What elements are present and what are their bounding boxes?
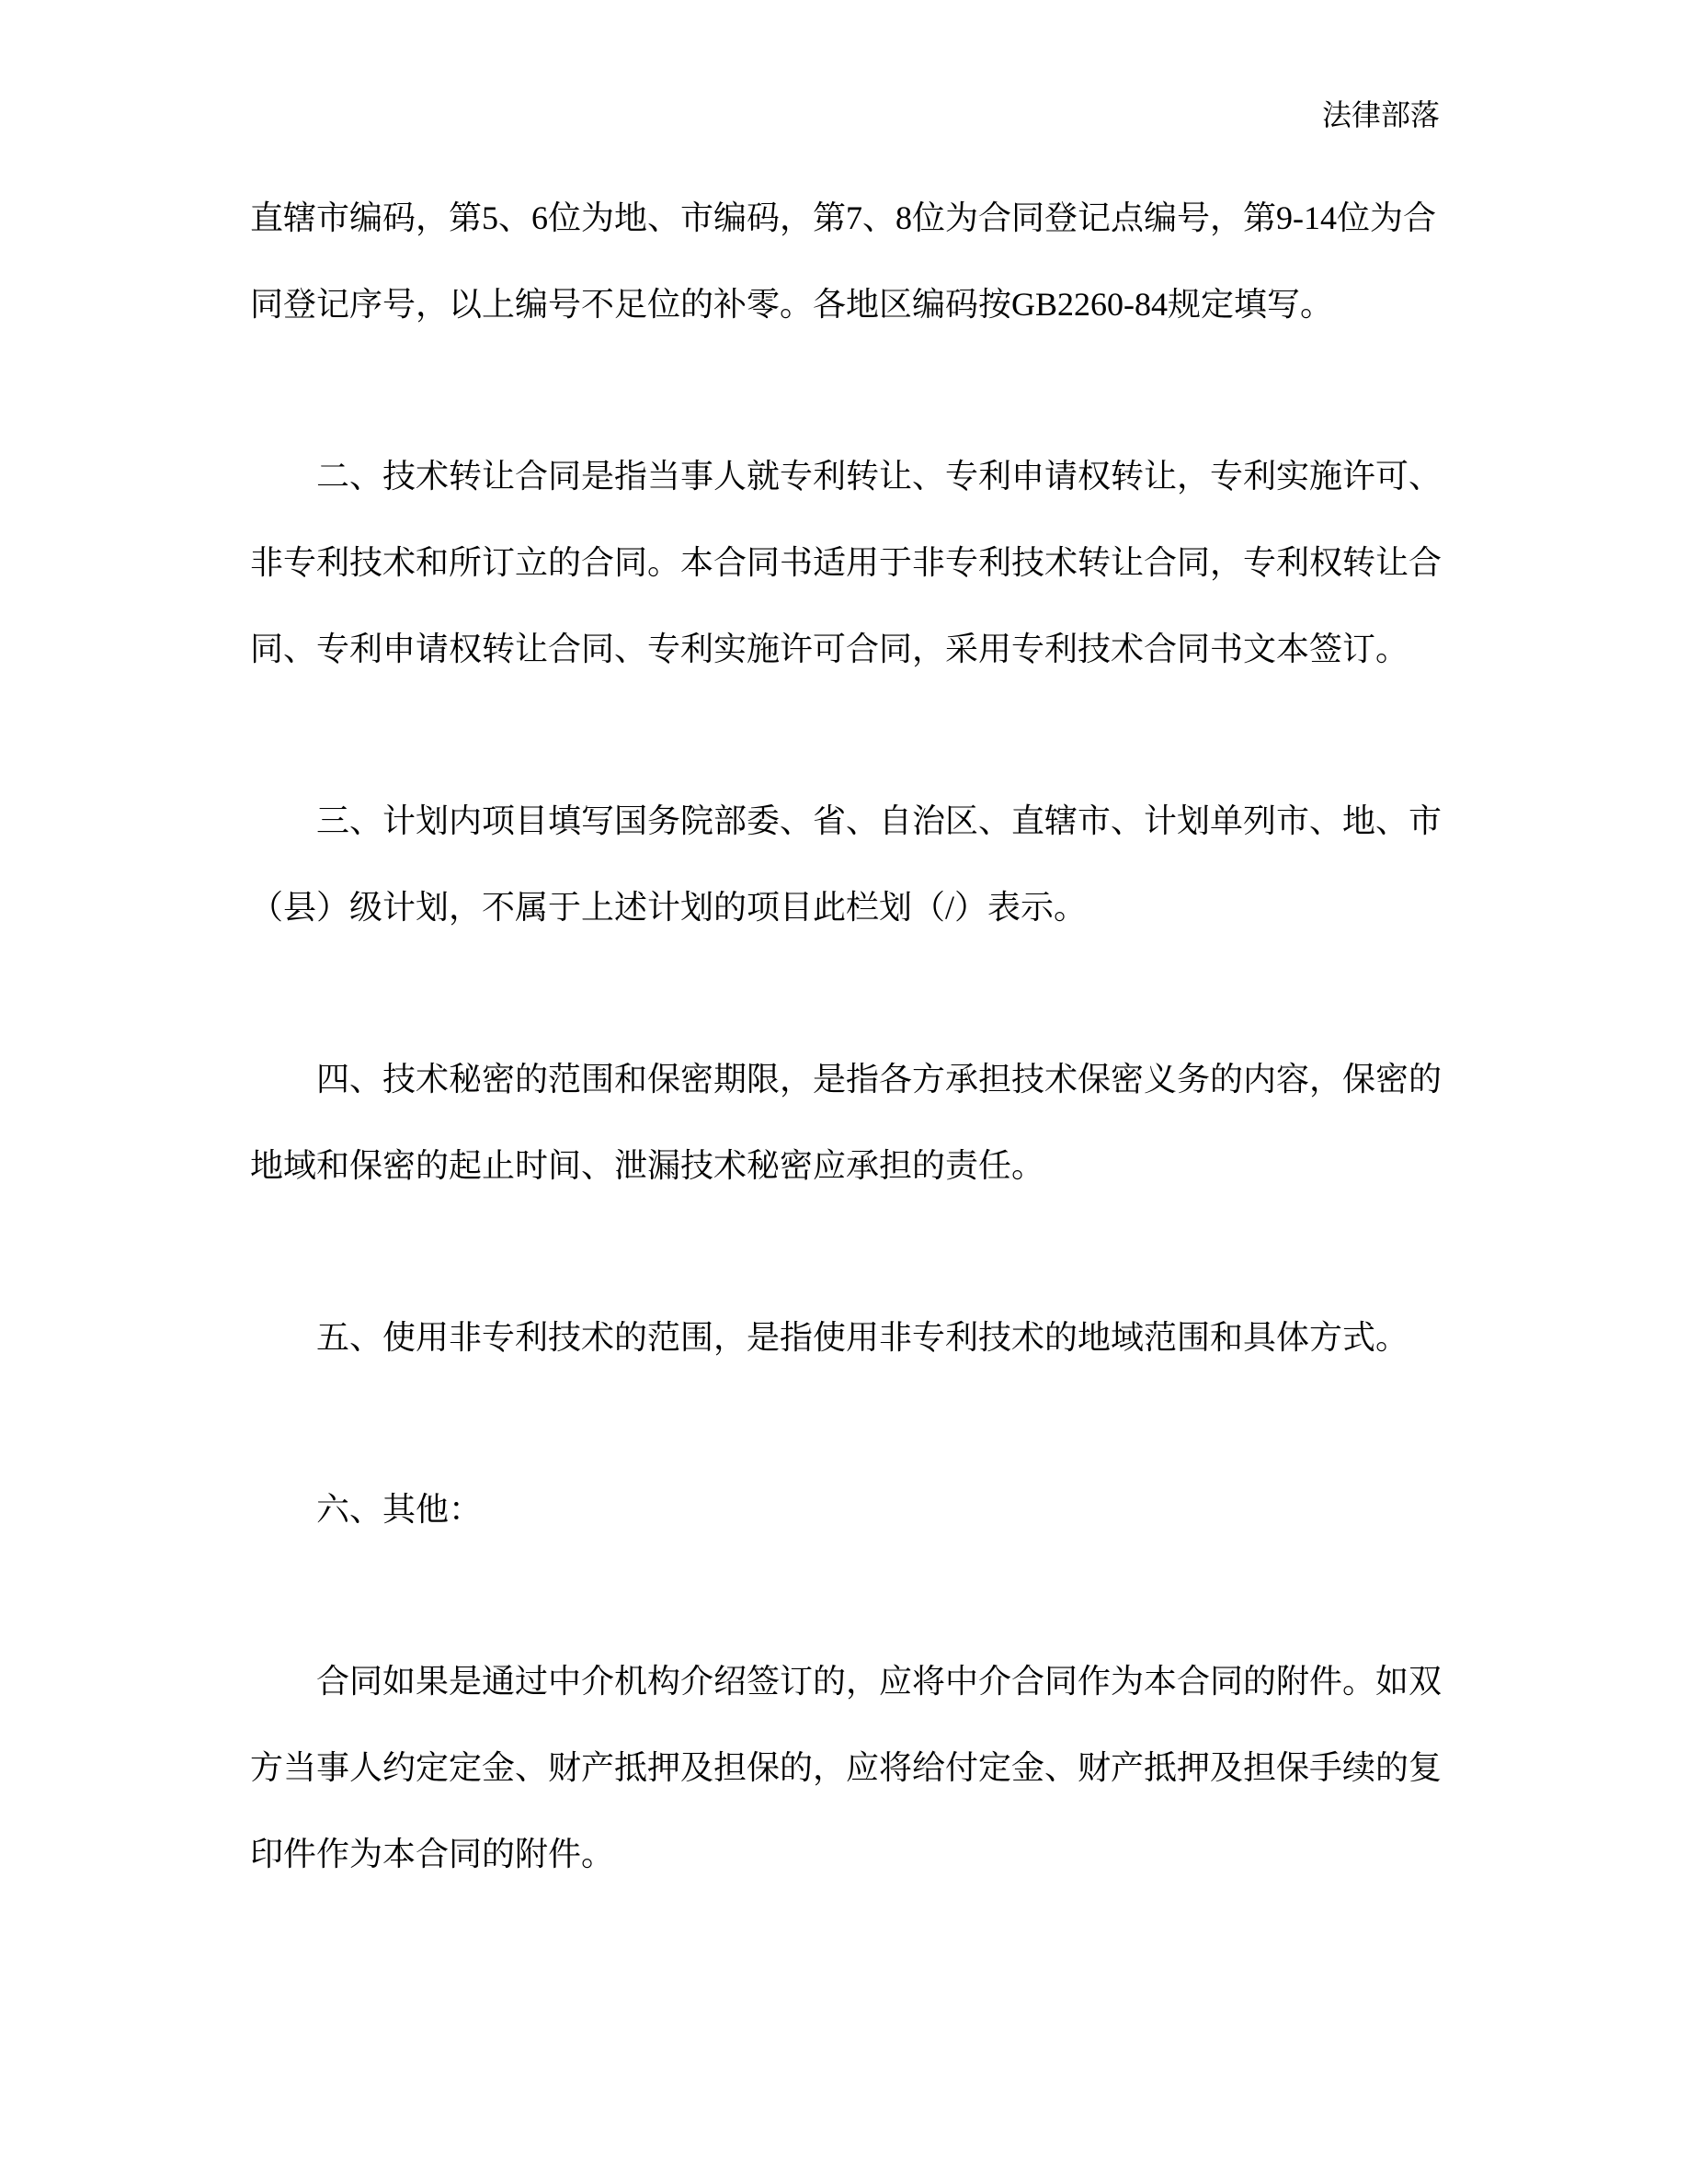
document-body: 直辖市编码，第5、6位为地、市编码，第7、8位为合同登记点编号，第9-14位为合…	[250, 175, 1500, 1983]
site-watermark-label: 法律部落	[1322, 96, 1440, 134]
paragraph: 二、技术转让合同是指当事人就专利转让、专利申请权转让，专利实施许可、 非专利技术…	[250, 433, 1500, 692]
paragraph: 合同如果是通过中介机构介绍签订的，应将中介合同作为本合同的附件。如双 方当事人约…	[250, 1638, 1500, 1897]
paragraph: 五、使用非专利技术的范围，是指使用非专利技术的地域范围和具体方式。	[250, 1294, 1500, 1381]
paragraph: 四、技术秘密的范围和保密期限，是指各方承担技术保密义务的内容，保密的 地域和保密…	[250, 1036, 1500, 1209]
paragraph: 六、其他：	[250, 1466, 1500, 1553]
paragraph: 直辖市编码，第5、6位为地、市编码，第7、8位为合同登记点编号，第9-14位为合…	[250, 175, 1500, 347]
paragraph: 三、计划内项目填写国务院部委、省、自治区、直辖市、计划单列市、地、市 （县）级计…	[250, 778, 1500, 950]
document-page: 法律部落 直辖市编码，第5、6位为地、市编码，第7、8位为合同登记点编号，第9-…	[0, 0, 1688, 2184]
